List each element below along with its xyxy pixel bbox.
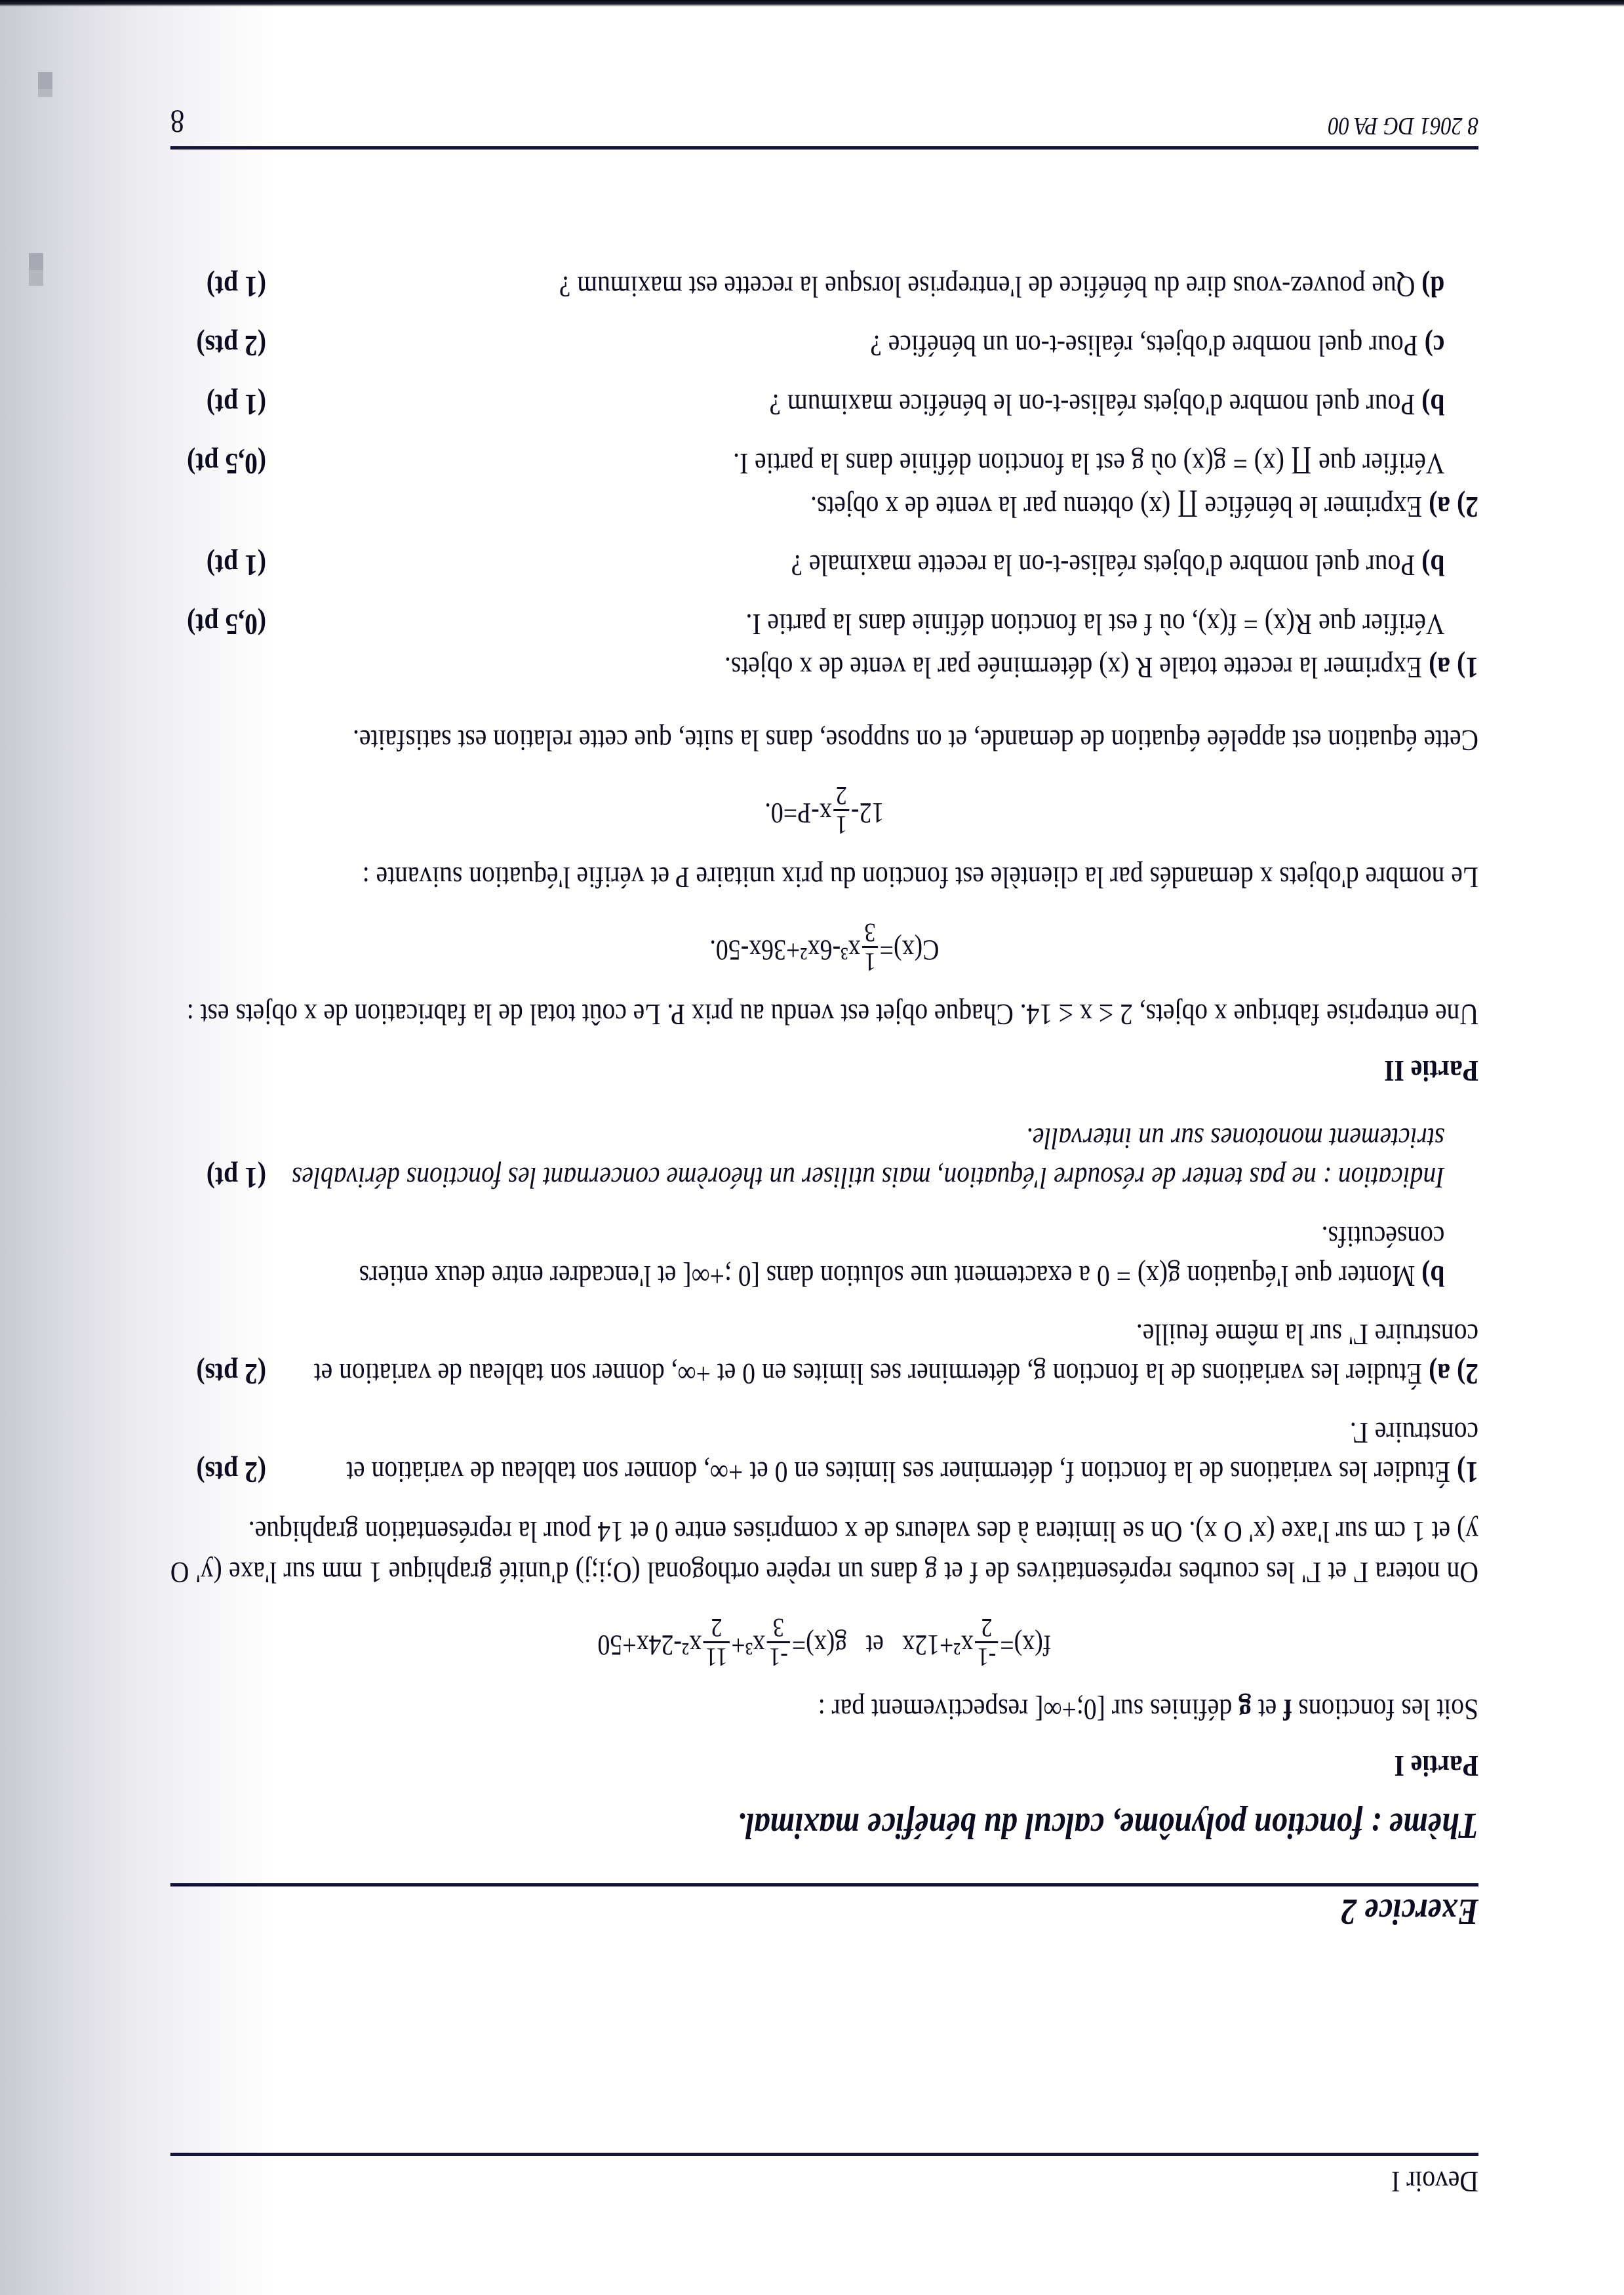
points-label: (0,5 pt) [170,444,266,483]
question-item: d) Que pouvez-vous dire du bénéfice de l… [170,268,1478,307]
document-page-rotated: Devoir I Exercice 2 Thème : fonction pol… [0,0,1624,2295]
points-label: (2 pts) [170,1354,266,1393]
points-label: (1 pt) [170,1158,266,1197]
header-divider [170,2153,1478,2156]
formula-demand: 12-12x-P=0. [170,782,1478,839]
page-header: Devoir I [170,2166,1478,2197]
part1-intro: Soit les fonctions f et g définies sur [… [170,1689,1478,1730]
question-item: 2) a) Étudier les variations de la fonct… [170,1315,1478,1394]
page-content: Devoir I Exercice 2 Thème : fonction pol… [353,106,1478,2197]
fraction: -13 [767,1614,791,1671]
question-item: 1) Étudier les variations de la fonction… [170,1413,1478,1492]
page-number: 8 [170,106,185,138]
question-item: c) Pour quel nombre d'objets, réalise-t-… [170,326,1478,365]
demand-intro: Le nombre d'objets x demandés par la cli… [170,857,1478,898]
exercise-title: Exercice 2 [170,1893,1478,1930]
exercise-theme: Thème : fonction polynôme, calcul du bén… [170,1807,1478,1844]
indication-note: Indication : ne pas tenter de résoudre l… [170,1119,1478,1197]
question-item: b) Pour quel nombre d'objets réalise-t-o… [170,385,1478,424]
fraction: -12 [975,1614,999,1671]
fraction: 13 [862,919,878,976]
part2-intro: Une entreprise fabrique x objets, 2 ≤ x … [170,994,1478,1035]
part2-title: Partie II [170,1056,1478,1086]
question-item: b) Monter que l'équation g(x) = 0 a exac… [170,1217,1478,1296]
demand-note: Cette équation est appelée équation de d… [170,720,1478,761]
document-code: 8 2061 DG PA 00 [1328,113,1478,138]
points-label: (1 pt) [170,546,266,586]
points-label: (2 pts) [170,1452,266,1492]
page-footer: 8 2061 DG PA 00 8 [170,106,1478,138]
part1-notation: On notera Γ et Γ' les courbes représenta… [170,1511,1478,1593]
question-item: Vérifier que R(x) = f(x), où f est la fo… [170,605,1478,644]
header-label: Devoir I [1391,2166,1478,2197]
formula-f-g: f(x)=-12x²+12x et g(x)=-13x³+112x²-24x+5… [170,1614,1478,1671]
formula-cost: C(x)=13x³-6x²+36x-50. [170,919,1478,976]
points-label: (1 pt) [170,268,266,307]
question-item: 1) a) Exprimer la recette totale R (x) d… [170,648,1478,687]
fraction: 12 [833,782,849,839]
question-item: b) Pour quel nombre d'objets réalise-t-o… [170,546,1478,586]
part1-title: Partie I [170,1751,1478,1781]
fraction: 112 [703,1614,730,1671]
exercise-divider [170,1883,1478,1886]
question-item: Vérifier que ∏ (x) = g(x) où g est la fo… [170,444,1478,483]
points-label: (0,5 pt) [170,605,266,644]
footer-divider [170,146,1478,150]
points-label: (1 pt) [170,385,266,424]
question-item: 2) a) Exprimer le bénéfice ∏ (x) obtenu … [170,487,1478,527]
points-label: (2 pts) [170,326,266,365]
